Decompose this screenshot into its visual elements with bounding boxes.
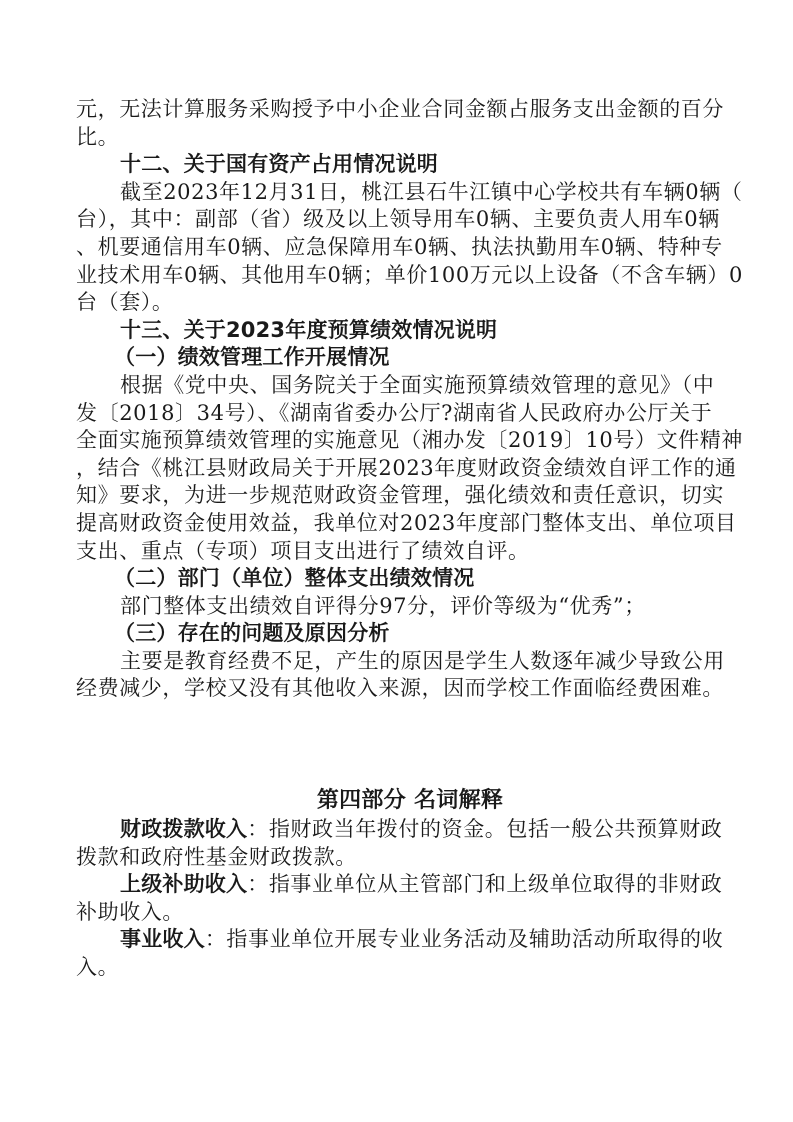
glossary-entry: 上级补助收入：指事业单位从主管部门和上级单位取得的非财政 <box>76 871 744 899</box>
section-heading-budget-performance: 十三、关于2023年度预算绩效情况说明 <box>76 317 744 345</box>
paragraph-line: 补助收入。 <box>76 899 744 927</box>
paragraph-line: 元，无法计算服务采购授予中小企业合同金额占服务支出金额的百分 <box>76 96 744 124</box>
glossary-term: 上级补助收入 <box>120 872 247 896</box>
paragraph-line: 支出、重点（专项）项目支出进行了绩效自评。 <box>76 538 744 566</box>
subsection-heading-management: （一）绩效管理工作开展情况 <box>76 344 744 372</box>
glossary-term: 事业收入 <box>120 927 205 951</box>
paragraph-line: 、机要通信用车0辆、应急保障用车0辆、执法执勤用车0辆、特种专 <box>76 234 744 262</box>
paragraph-line: 入。 <box>76 954 744 982</box>
glossary-entry: 财政拨款收入：指财政当年拨付的资金。包括一般公共预算财政 <box>76 816 744 844</box>
paragraph-line: 台（套）。 <box>76 289 744 317</box>
glossary-entry: 事业收入：指事业单位开展专业业务活动及辅助活动所取得的收 <box>76 926 744 954</box>
paragraph-line: 拨款和政府性基金财政拨款。 <box>76 844 744 872</box>
subsection-heading-problems: （三）存在的问题及原因分析 <box>76 620 744 648</box>
paragraph-line: 根据《党中央、国务院关于全面实施预算绩效管理的意见》（中 <box>76 372 744 400</box>
section-heading-state-assets: 十二、关于国有资产占用情况说明 <box>76 151 744 179</box>
document-page: 元，无法计算服务采购授予中小企业合同金额占服务支出金额的百分 比。 十二、关于国… <box>76 96 744 982</box>
part-title-glossary: 第四部分 名词解释 <box>76 785 744 816</box>
glossary-definition: 指事业单位开展专业业务活动及辅助活动所取得的收 <box>226 927 723 951</box>
paragraph-line: 部门整体支出绩效自评得分97分，评价等级为“优秀”； <box>76 593 744 621</box>
paragraph-line: 经费减少，学校又没有其他收入来源，因而学校工作面临经费困难。 <box>76 675 744 703</box>
paragraph-line: 知》要求，为进一步规范财政资金管理，强化绩效和责任意识，切实 <box>76 482 744 510</box>
glossary-colon: ： <box>205 927 227 951</box>
glossary-term: 财政拨款收入 <box>120 817 247 841</box>
paragraph-line: ，结合《桃江县财政局关于开展2023年度财政资金绩效自评工作的通 <box>76 455 744 483</box>
glossary-colon: ： <box>247 817 269 841</box>
paragraph-line: 比。 <box>76 124 744 152</box>
glossary-definition: 指事业单位从主管部门和上级单位取得的非财政 <box>269 872 723 896</box>
glossary-definition: 指财政当年拨付的资金。包括一般公共预算财政 <box>269 817 723 841</box>
paragraph-line: 发〔2018〕34号）、《湖南省委办公厅?湖南省人民政府办公厅关于 <box>76 400 744 428</box>
paragraph-line: 台），其中：副部（省）级及以上领导用车0辆、主要负责人用车0辆 <box>76 206 744 234</box>
paragraph-line: 全面实施预算绩效管理的实施意见（湘办发〔2019〕10号）文件精神 <box>76 427 744 455</box>
spacer <box>76 703 744 785</box>
paragraph-line: 截至2023年12月31日，桃江县石牛江镇中心学校共有车辆0辆（ <box>76 179 744 207</box>
paragraph-line: 业技术用车0辆、其他用车0辆；单价100万元以上设备（不含车辆）0 <box>76 262 744 290</box>
subsection-heading-overall-expenditure: （二）部门（单位）整体支出绩效情况 <box>76 565 744 593</box>
glossary-colon: ： <box>247 872 269 896</box>
paragraph-line: 主要是教育经费不足，产生的原因是学生人数逐年减少导致公用 <box>76 648 744 676</box>
paragraph-line: 提高财政资金使用效益，我单位对2023年度部门整体支出、单位项目 <box>76 510 744 538</box>
